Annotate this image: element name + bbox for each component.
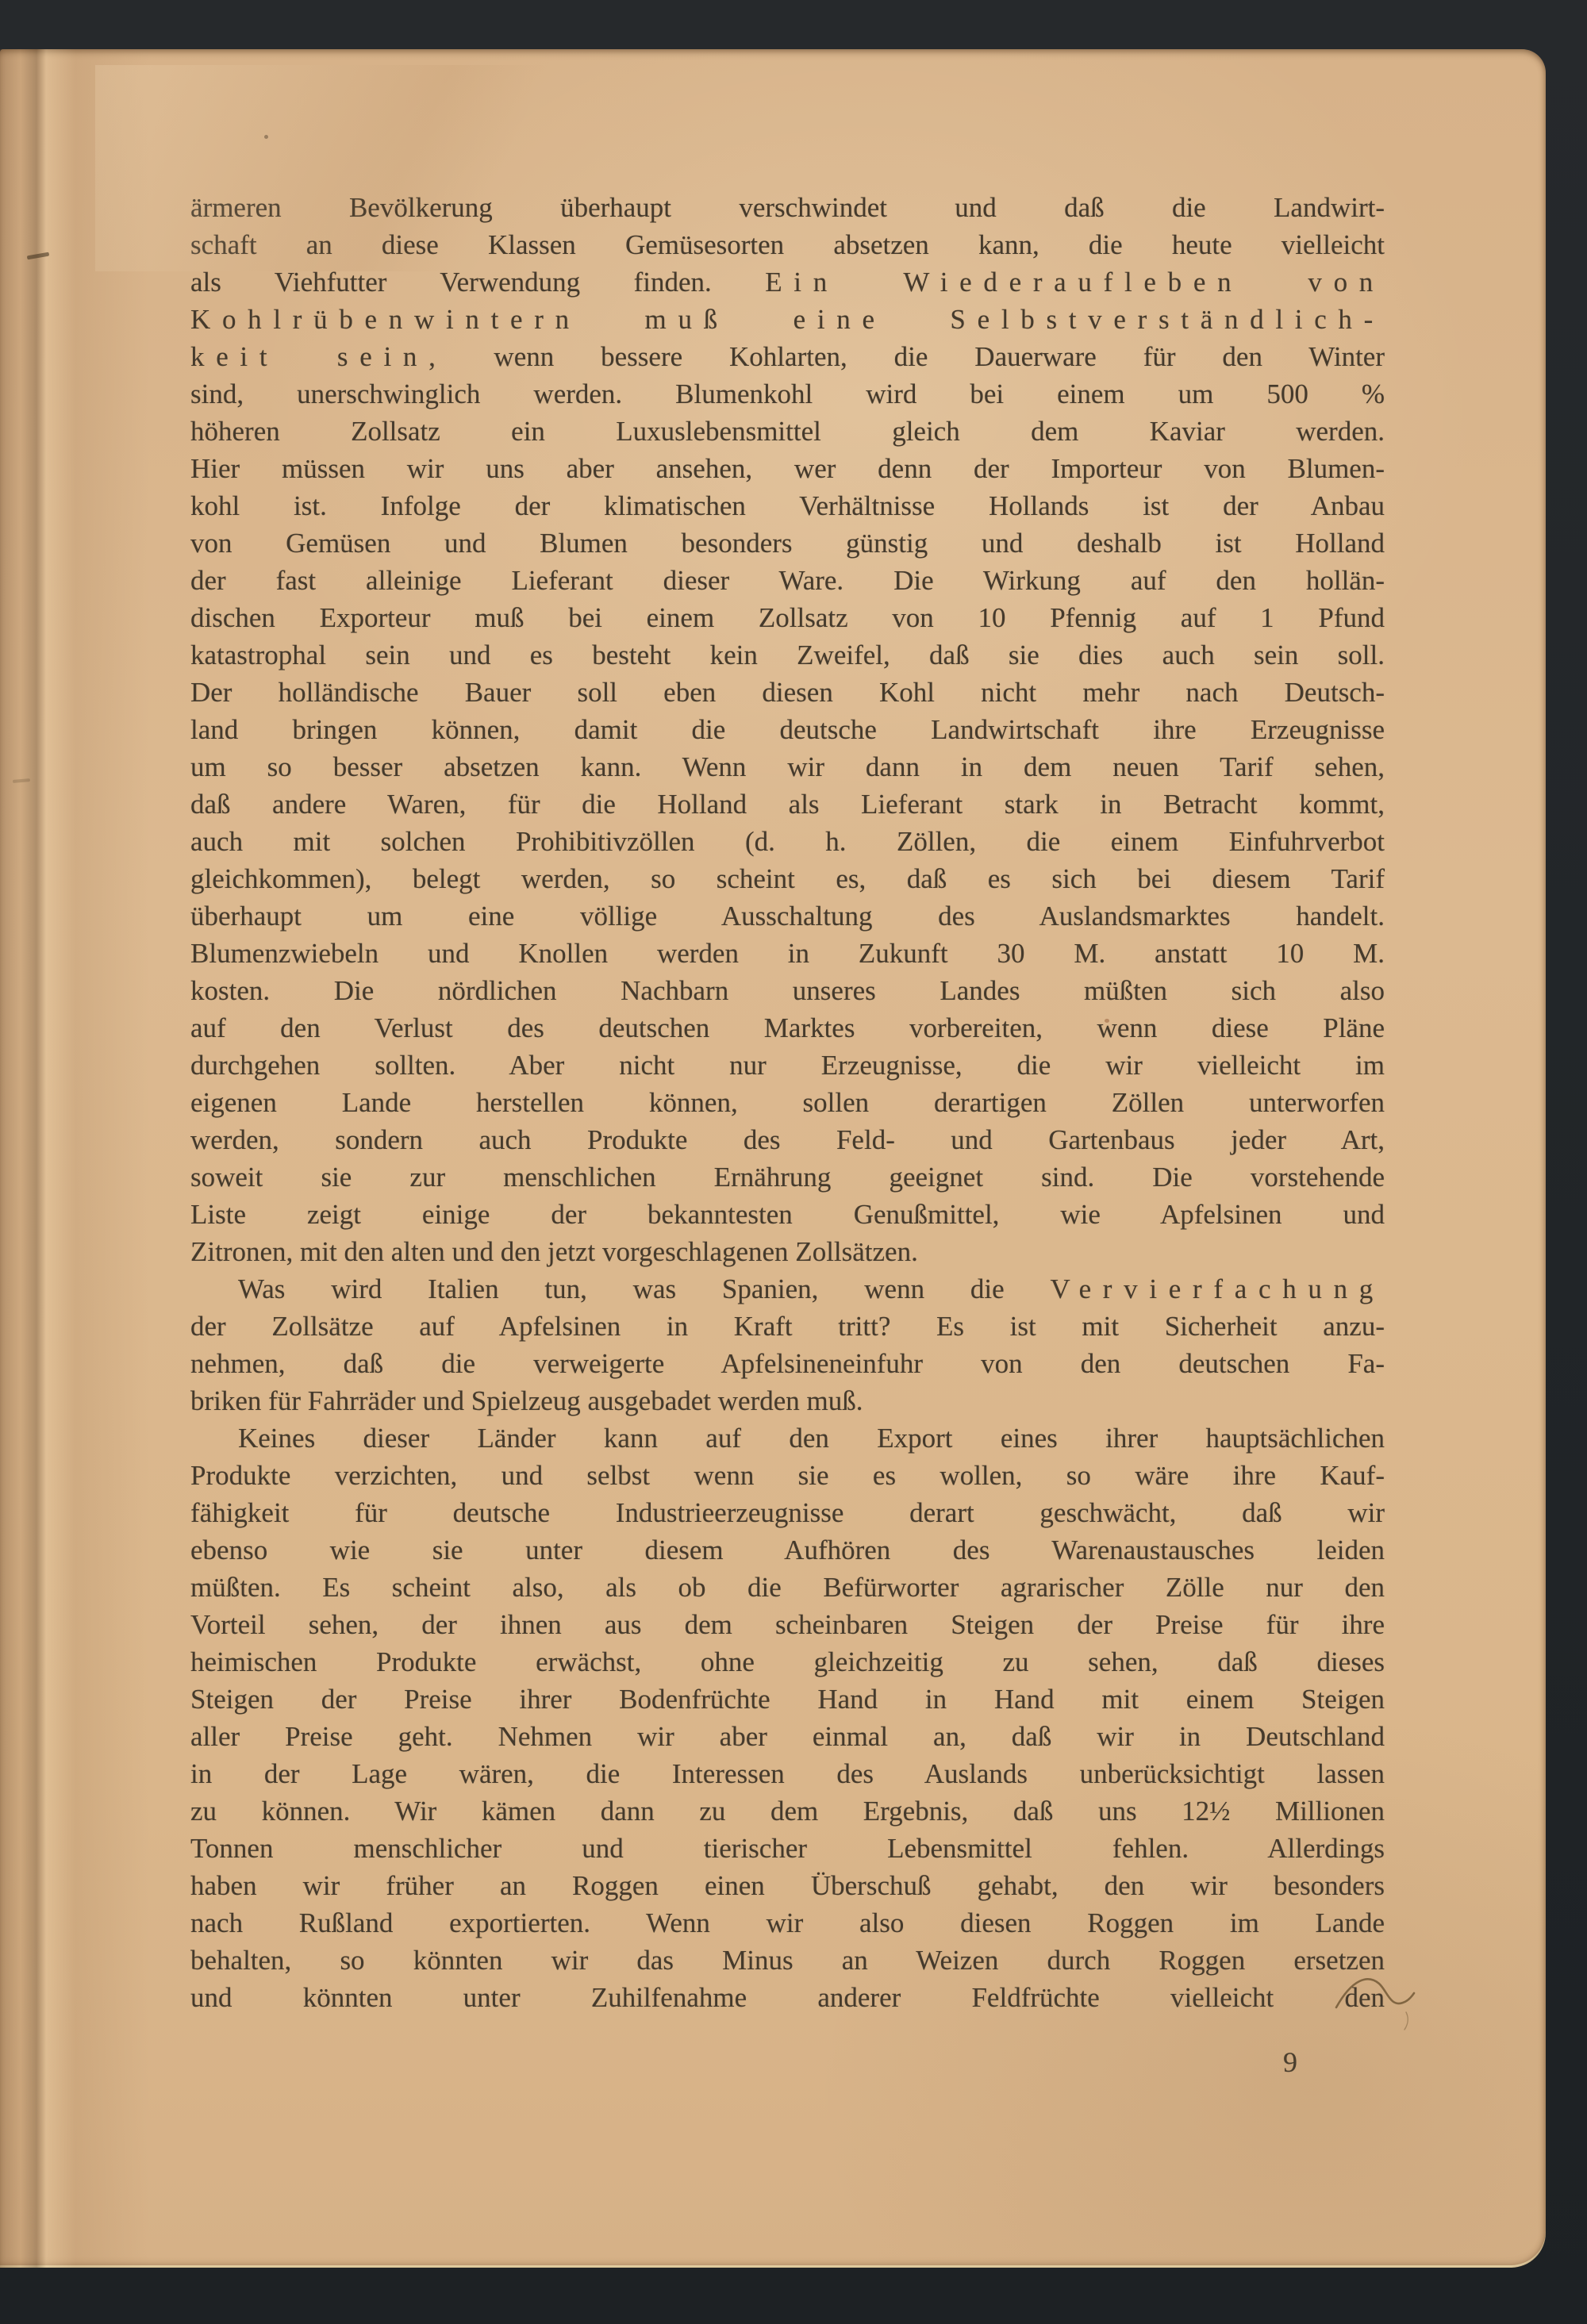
text-segment: aller Preise geht. Nehmen wir aber einma…	[190, 1721, 1385, 1752]
text-line: Keines dieser Länder kann auf den Export…	[190, 1419, 1385, 1457]
text-segment: daß andere Waren, für die Holland als Li…	[190, 789, 1385, 820]
text-line: gleichkommen), belegt werden, so scheint…	[190, 860, 1385, 897]
text-line: keit sein, wenn bessere Kohlarten, die D…	[190, 338, 1385, 375]
text-segment: um so besser absetzen kann. Wenn wir dan…	[190, 751, 1385, 782]
text-segment: Liste zeigt einige der bekanntesten Genu…	[190, 1199, 1385, 1230]
letterspaced-text: Ein Wiederaufleben von	[765, 267, 1385, 298]
text-segment: Zitronen, mit den alten und den jetzt vo…	[190, 1236, 918, 1267]
text-segment: Blumenzwiebeln und Knollen werden in Zuk…	[190, 938, 1385, 969]
text-segment: auch mit solchen Prohibitivzöllen (d. h.…	[190, 826, 1385, 857]
text-segment: behalten, so könnten wir das Minus an We…	[190, 1945, 1385, 1976]
text-segment: auf den Verlust des deutschen Marktes vo…	[190, 1012, 1385, 1043]
text-segment: Produkte verzichten, und selbst wenn sie…	[190, 1460, 1385, 1491]
text-segment: Steigen der Preise ihrer Bodenfrüchte Ha…	[190, 1684, 1385, 1715]
text-line: auch mit solchen Prohibitivzöllen (d. h.…	[190, 823, 1385, 860]
letterspaced-text: Vervierfachung	[1050, 1273, 1385, 1304]
text-line: ärmeren Bevölkerung überhaupt verschwind…	[190, 189, 1385, 226]
text-line: der fast alleinige Lieferant dieser Ware…	[190, 562, 1385, 599]
text-segment: als Viehfutter Verwendung finden.	[190, 267, 765, 298]
text-line: durchgehen sollten. Aber nicht nur Erzeu…	[190, 1047, 1385, 1084]
text-segment: Vorteil sehen, der ihnen aus dem scheinb…	[190, 1609, 1385, 1640]
text-line: Kohlrübenwintern muß eine Selbstverständ…	[190, 301, 1385, 338]
text-segment: sind, unerschwinglich werden. Blumenkohl…	[190, 378, 1385, 409]
page-number: 9	[1266, 2046, 1314, 2079]
text-segment: überhaupt um eine völlige Ausschaltung d…	[190, 901, 1385, 932]
text-line: um so besser absetzen kann. Wenn wir dan…	[190, 748, 1385, 786]
text-segment: schaft an diese Klassen Gemüsesorten abs…	[190, 229, 1385, 260]
text-segment: ebenso wie sie unter diesem Aufhören des…	[190, 1535, 1385, 1565]
text-line: Steigen der Preise ihrer Bodenfrüchte Ha…	[190, 1681, 1385, 1718]
text-line: fähigkeit für deutsche Industrieerzeugni…	[190, 1494, 1385, 1531]
text-line: werden, sondern auch Produkte des Feld- …	[190, 1121, 1385, 1158]
text-line: kohl ist. Infolge der klimatischen Verhä…	[190, 487, 1385, 524]
binding-stitch-mark	[27, 252, 49, 260]
letterspaced-text: Kohlrübenwintern muß eine Selbstverständ…	[190, 304, 1385, 335]
text-line: daß andere Waren, für die Holland als Li…	[190, 786, 1385, 823]
text-line: Liste zeigt einige der bekanntesten Genu…	[190, 1196, 1385, 1233]
text-line: in der Lage wären, die Interessen des Au…	[190, 1755, 1385, 1792]
binding-stitch-mark	[13, 778, 30, 783]
text-line: Blumenzwiebeln und Knollen werden in Zuk…	[190, 935, 1385, 972]
text-line: als Viehfutter Verwendung finden. Ein Wi…	[190, 263, 1385, 301]
text-line: Tonnen menschlicher und tierischer Leben…	[190, 1830, 1385, 1867]
text-line: der Zollsätze auf Apfelsinen in Kraft tr…	[190, 1308, 1385, 1345]
text-line: überhaupt um eine völlige Ausschaltung d…	[190, 897, 1385, 935]
text-segment: gleichkommen), belegt werden, so scheint…	[190, 863, 1385, 894]
text-segment: haben wir früher an Roggen einen Übersch…	[190, 1870, 1385, 1901]
text-segment: nehmen, daß die verweigerte Apfelsinenei…	[190, 1348, 1385, 1379]
text-line: schaft an diese Klassen Gemüsesorten abs…	[190, 226, 1385, 263]
text-segment: kosten. Die nördlichen Nachbarn unseres …	[190, 975, 1385, 1006]
text-segment: soweit sie zur menschlichen Ernährung ge…	[190, 1162, 1385, 1193]
text-segment: werden, sondern auch Produkte des Feld- …	[190, 1124, 1385, 1155]
text-block: ärmeren Bevölkerung überhaupt verschwind…	[190, 189, 1385, 2016]
text-line: und könnten unter Zuhilfenahme anderer F…	[190, 1979, 1385, 2016]
text-segment: durchgehen sollten. Aber nicht nur Erzeu…	[190, 1050, 1385, 1081]
text-line: katastrophal sein und es besteht kein Zw…	[190, 636, 1385, 674]
text-segment: fähigkeit für deutsche Industrieerzeugni…	[190, 1497, 1385, 1528]
text-line: sind, unerschwinglich werden. Blumenkohl…	[190, 375, 1385, 413]
text-line: haben wir früher an Roggen einen Übersch…	[190, 1867, 1385, 1904]
text-segment: Der holländische Bauer soll eben diesen …	[190, 677, 1385, 708]
paper-speck	[264, 135, 268, 139]
text-line: dischen Exporteur muß bei einem Zollsatz…	[190, 599, 1385, 636]
text-segment: zu können. Wir kämen dann zu dem Ergebni…	[190, 1796, 1385, 1827]
text-line: müßten. Es scheint also, als ob die Befü…	[190, 1569, 1385, 1606]
text-line: land bringen können, damit die deutsche …	[190, 711, 1385, 748]
text-segment: höheren Zollsatz ein Luxuslebensmittel g…	[190, 416, 1385, 447]
scan-background: ärmeren Bevölkerung überhaupt verschwind…	[0, 0, 1587, 2324]
text-line: eigenen Lande herstellen können, sollen …	[190, 1084, 1385, 1121]
text-line: Vorteil sehen, der ihnen aus dem scheinb…	[190, 1606, 1385, 1643]
text-segment: der Zollsätze auf Apfelsinen in Kraft tr…	[190, 1311, 1385, 1342]
text-segment: Keines dieser Länder kann auf den Export…	[238, 1423, 1385, 1454]
text-line: briken für Fahrräder und Spielzeug ausge…	[190, 1382, 1385, 1419]
text-segment: ärmeren Bevölkerung überhaupt verschwind…	[190, 192, 1385, 223]
text-segment: der fast alleinige Lieferant dieser Ware…	[190, 565, 1385, 596]
text-line: behalten, so könnten wir das Minus an We…	[190, 1942, 1385, 1979]
text-line: nach Rußland exportierten. Wenn wir also…	[190, 1904, 1385, 1942]
text-line: Was wird Italien tun, was Spanien, wenn …	[190, 1270, 1385, 1308]
text-segment: und könnten unter Zuhilfenahme anderer F…	[190, 1982, 1385, 2013]
text-line: Hier müssen wir uns aber ansehen, wer de…	[190, 450, 1385, 487]
text-line: ebenso wie sie unter diesem Aufhören des…	[190, 1531, 1385, 1569]
text-segment: kohl ist. Infolge der klimatischen Verhä…	[190, 490, 1385, 521]
text-segment: katastrophal sein und es besteht kein Zw…	[190, 640, 1385, 670]
text-line: höheren Zollsatz ein Luxuslebensmittel g…	[190, 413, 1385, 450]
text-segment: dischen Exporteur muß bei einem Zollsatz…	[190, 602, 1385, 633]
text-line: heimischen Produkte erwächst, ohne gleic…	[190, 1643, 1385, 1681]
text-line: nehmen, daß die verweigerte Apfelsinenei…	[190, 1345, 1385, 1382]
letterspaced-text: keit sein,	[190, 341, 448, 372]
text-segment: Hier müssen wir uns aber ansehen, wer de…	[190, 453, 1385, 484]
text-line: soweit sie zur menschlichen Ernährung ge…	[190, 1158, 1385, 1196]
text-line: zu können. Wir kämen dann zu dem Ergebni…	[190, 1792, 1385, 1830]
text-segment: von Gemüsen und Blumen besonders günstig…	[190, 528, 1385, 559]
text-line: Der holländische Bauer soll eben diesen …	[190, 674, 1385, 711]
text-segment: heimischen Produkte erwächst, ohne gleic…	[190, 1646, 1385, 1677]
text-line: Zitronen, mit den alten und den jetzt vo…	[190, 1233, 1385, 1270]
text-segment: Was wird Italien tun, was Spanien, wenn …	[238, 1273, 1050, 1304]
text-segment: Tonnen menschlicher und tierischer Leben…	[190, 1833, 1385, 1864]
text-segment: in der Lage wären, die Interessen des Au…	[190, 1758, 1385, 1789]
text-line: kosten. Die nördlichen Nachbarn unseres …	[190, 972, 1385, 1009]
text-line: aller Preise geht. Nehmen wir aber einma…	[190, 1718, 1385, 1755]
text-segment: land bringen können, damit die deutsche …	[190, 714, 1385, 745]
text-segment: müßten. Es scheint also, als ob die Befü…	[190, 1572, 1385, 1603]
book-page: ärmeren Bevölkerung überhaupt verschwind…	[0, 49, 1546, 2268]
text-line: Produkte verzichten, und selbst wenn sie…	[190, 1457, 1385, 1494]
text-segment: wenn bessere Kohlarten, die Dauerware fü…	[448, 341, 1385, 372]
text-segment: nach Rußland exportierten. Wenn wir also…	[190, 1907, 1385, 1938]
text-line: auf den Verlust des deutschen Marktes vo…	[190, 1009, 1385, 1047]
text-segment: eigenen Lande herstellen können, sollen …	[190, 1087, 1385, 1118]
text-line: von Gemüsen und Blumen besonders günstig…	[190, 524, 1385, 562]
text-segment: briken für Fahrräder und Spielzeug ausge…	[190, 1385, 863, 1416]
